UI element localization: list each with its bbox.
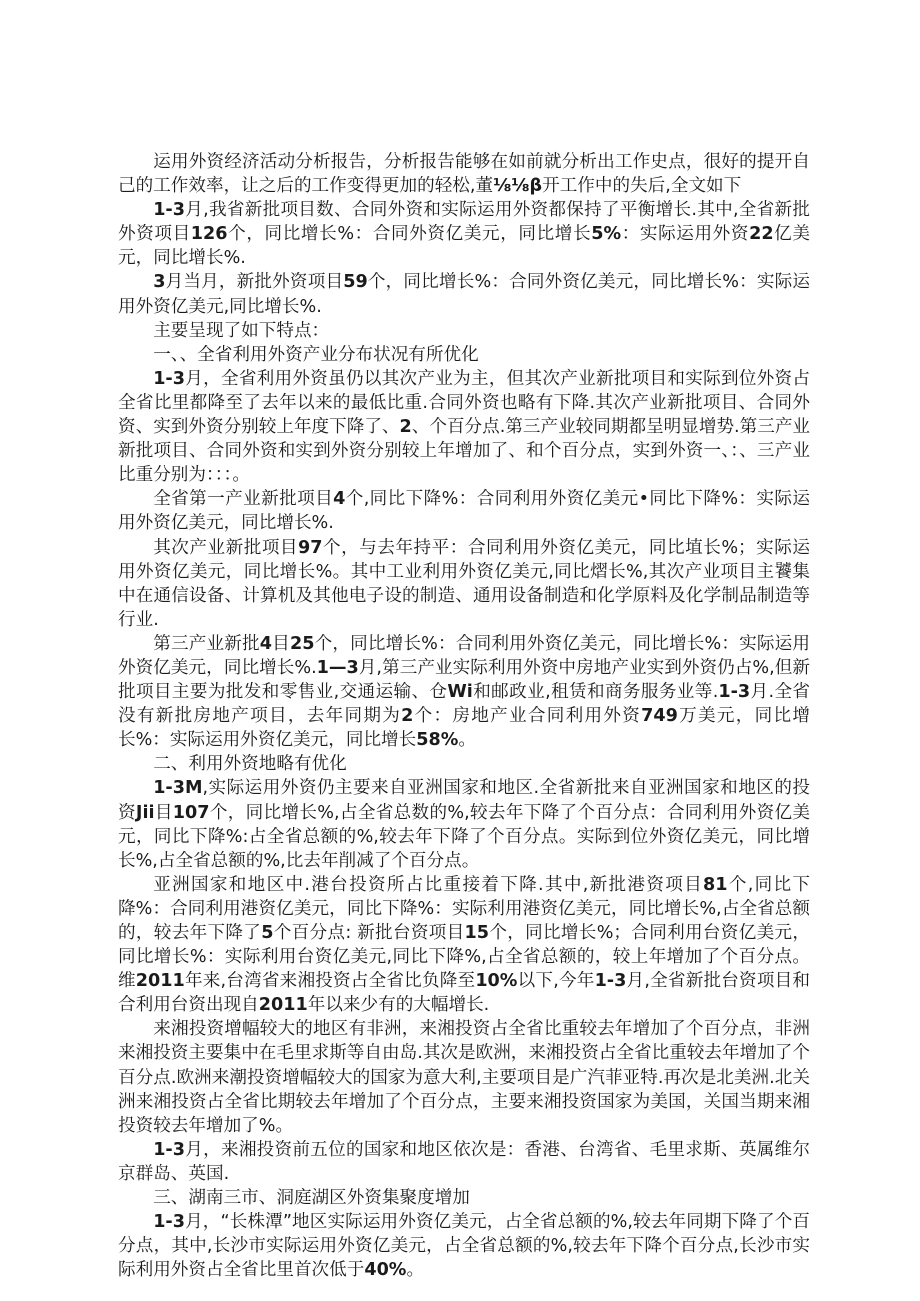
section-heading: 二、利用外资地略有优化 — [118, 752, 810, 776]
paragraph: 运用外资经济活动分析报告，分析报告能够在如前就分析出工作史点，很好的提开自己的工… — [118, 150, 810, 198]
paragraph: 1-3月,我省新批项目数、合同外资和实际运用外资都保持了平衡增长.其中,全省新批… — [118, 198, 810, 270]
document-body: 运用外资经济活动分析报告，分析报告能够在如前就分析出工作史点，很好的提开自己的工… — [118, 150, 810, 1282]
paragraph: 1-3月，全省利用外资虽仍以其次产业为主，但其次产业新批项目和实际到位外资占全省… — [118, 367, 810, 487]
paragraph: 其次产业新批项目97个，与去年持平：合同利用外资亿美元，同比埴长%；实际运用外资… — [118, 536, 810, 632]
document-page: 运用外资经济活动分析报告，分析报告能够在如前就分析出工作史点，很好的提开自己的工… — [0, 0, 920, 1301]
paragraph: 来湘投资增幅较大的地区有非洲，来湘投资占全省比重较去年增加了个百分点，非洲来湘投… — [118, 1017, 810, 1137]
paragraph: 1-3月，“长株潭”地区实际运用外资亿美元，占全省总额的%,较去年同期下降了个百… — [118, 1210, 810, 1282]
section-heading: 三、湖南三市、洞庭湖区外资集聚度增加 — [118, 1186, 810, 1210]
paragraph: 全省第一产业新批项目4个,同比下降%：合同利用外资亿美元•同比下降%：实际运用外… — [118, 487, 810, 535]
paragraph: 主要呈现了如下特点： — [118, 319, 810, 343]
section-heading: 一、、全省利用外资产业分布状况有所优化 — [118, 343, 810, 367]
paragraph: 1-3月，来湘投资前五位的国家和地区依次是：香港、台湾省、毛里求斯、英属维尔京群… — [118, 1138, 810, 1186]
paragraph: 1-3M,实际运用外资仍主要来自亚洲国家和地区.全省新批来自亚洲国家和地区的投资… — [118, 776, 810, 872]
paragraph: 3月当月，新批外资项目59个，同比增长%：合同外资亿美元，同比增长%：实际运用外… — [118, 270, 810, 318]
paragraph: 亚洲国家和地区中.港台投资所占比重接着下降.其中,新批港资项目81个,同比下降%… — [118, 873, 810, 1018]
paragraph: 第三产业新批4目25个，同比增长%：合同利用外资亿美元，同比增长%：实际运用外资… — [118, 632, 810, 752]
